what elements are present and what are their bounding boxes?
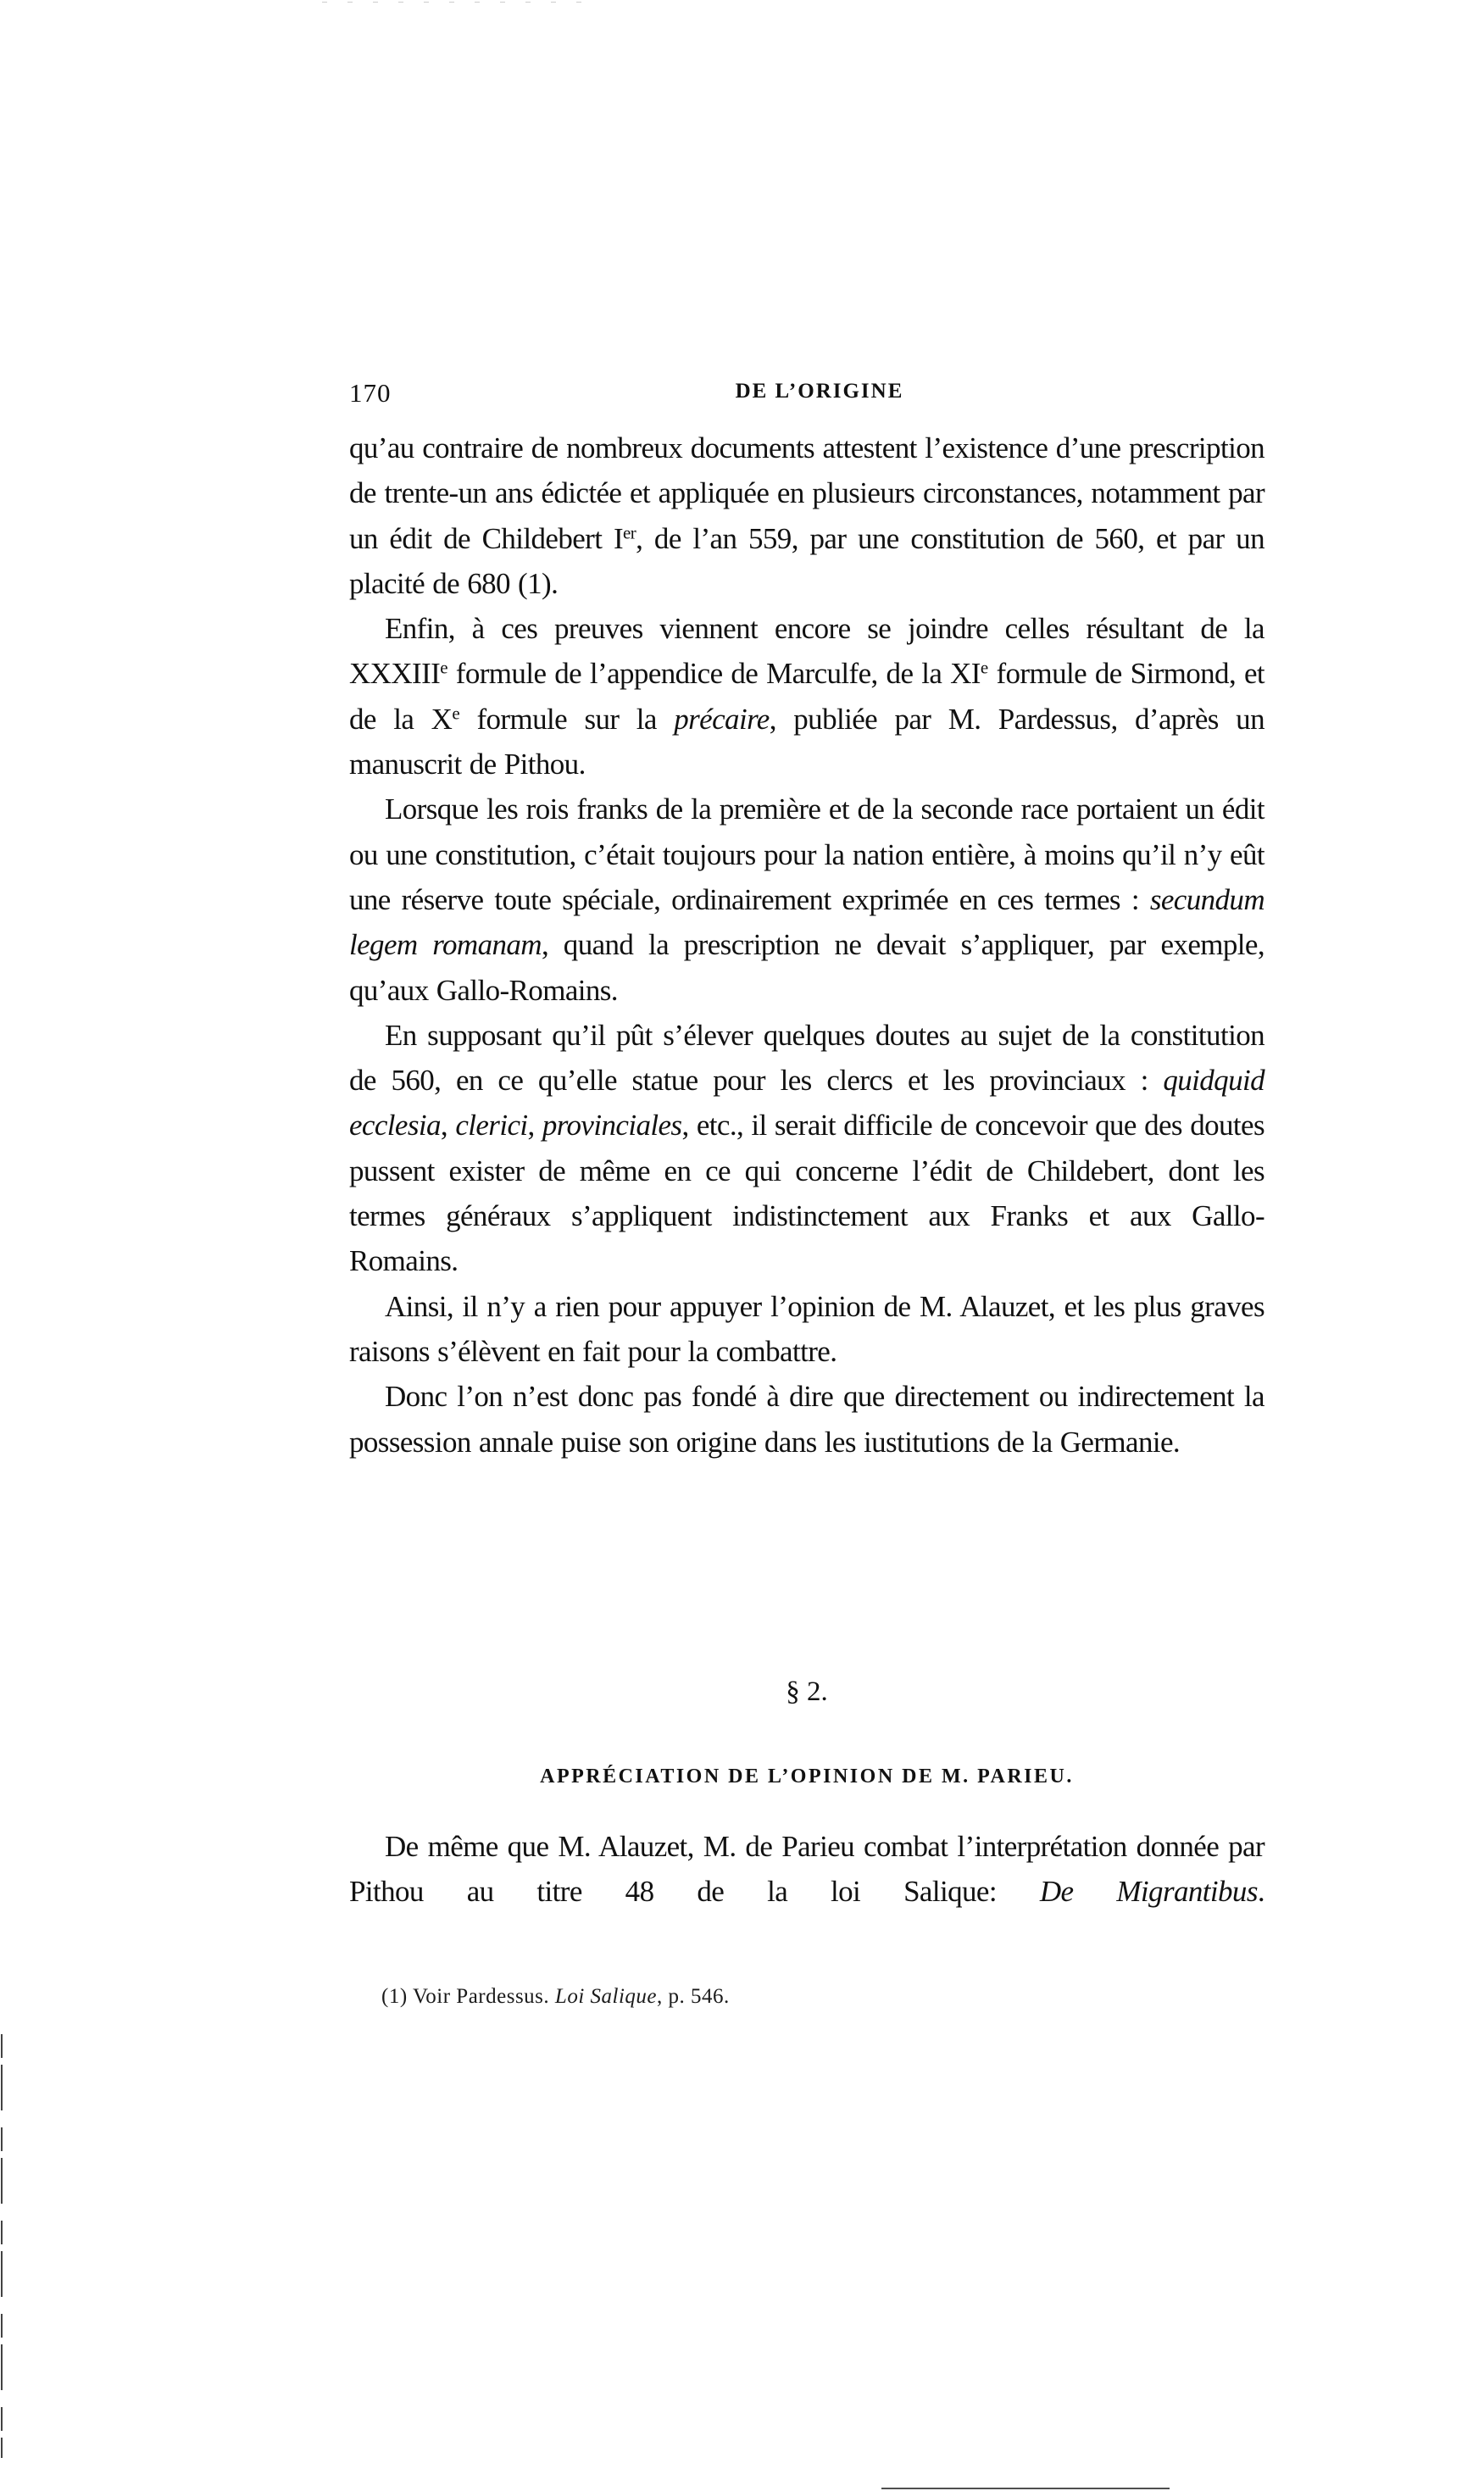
italic-text: provinciales: [542, 1109, 682, 1142]
text-run: formule sur la: [459, 703, 674, 736]
running-title: DE L’ORIGINE: [349, 380, 1264, 403]
paragraph: Lorsque les rois franks de la première e…: [349, 787, 1264, 1012]
scan-artifact-top: [322, 2, 593, 3]
running-header: 170 DE L’ORIGINE: [349, 378, 1264, 412]
paragraph: qu’au contraire de nombreux documents at…: [349, 425, 1264, 606]
superscript: e: [452, 703, 459, 723]
section-title: APPRÉCIATION DE L’OPINION DE M. PARIEU.: [349, 1765, 1264, 1788]
italic-text: précaire: [674, 703, 769, 736]
paragraph: De même que M. Alauzet, M. de Parieu com…: [349, 1824, 1264, 1915]
footnote: (1) Voir Pardessus. Loi Salique, p. 546.: [381, 1985, 1229, 2009]
text-run: Ainsi, il n’y a rien pour appuyer l’opin…: [349, 1290, 1264, 1368]
text-run: Lorsque les rois franks de la première e…: [349, 792, 1264, 916]
italic-text: De Migrantibus: [1040, 1875, 1258, 1908]
text-run: Voir Pardessus.: [408, 1985, 555, 2008]
footnote-marker: (1): [381, 1985, 408, 2008]
text-run: ,: [441, 1109, 455, 1142]
scan-artifact-bottom: [881, 2488, 1170, 2489]
text-run: En supposant qu’il pût s’élever quelques…: [349, 1019, 1264, 1097]
section-text-block: De même que M. Alauzet, M. de Parieu com…: [349, 1824, 1264, 1915]
section-number: § 2.: [349, 1676, 1264, 1708]
text-run: formule de l’appendice de Marculfe, de l…: [447, 657, 981, 690]
paragraph: Enfin, à ces preuves viennent encore se …: [349, 606, 1264, 787]
italic-text: Loi Salique: [555, 1985, 657, 2008]
superscript: e: [981, 658, 988, 678]
superscript: e: [440, 658, 447, 678]
text-run: ,: [528, 1109, 542, 1142]
book-page: 170 DE L’ORIGINE qu’au contraire de nomb…: [0, 0, 1484, 2491]
paragraph: Ainsi, il n’y a rien pour appuyer l’opin…: [349, 1284, 1264, 1375]
superscript: er: [623, 522, 636, 542]
italic-text: clerici: [455, 1109, 527, 1142]
text-run: , p. 546.: [657, 1985, 730, 2008]
text-run: Donc l’on n’est donc pas fondé à dire qu…: [349, 1380, 1264, 1458]
main-text-block: qu’au contraire de nombreux documents at…: [349, 425, 1264, 1465]
paragraph: Donc l’on n’est donc pas fondé à dire qu…: [349, 1374, 1264, 1465]
paragraph: En supposant qu’il pût s’élever quelques…: [349, 1013, 1264, 1284]
text-run: .: [1258, 1875, 1264, 1908]
scan-artifact-left-edge: [1, 2034, 3, 2458]
